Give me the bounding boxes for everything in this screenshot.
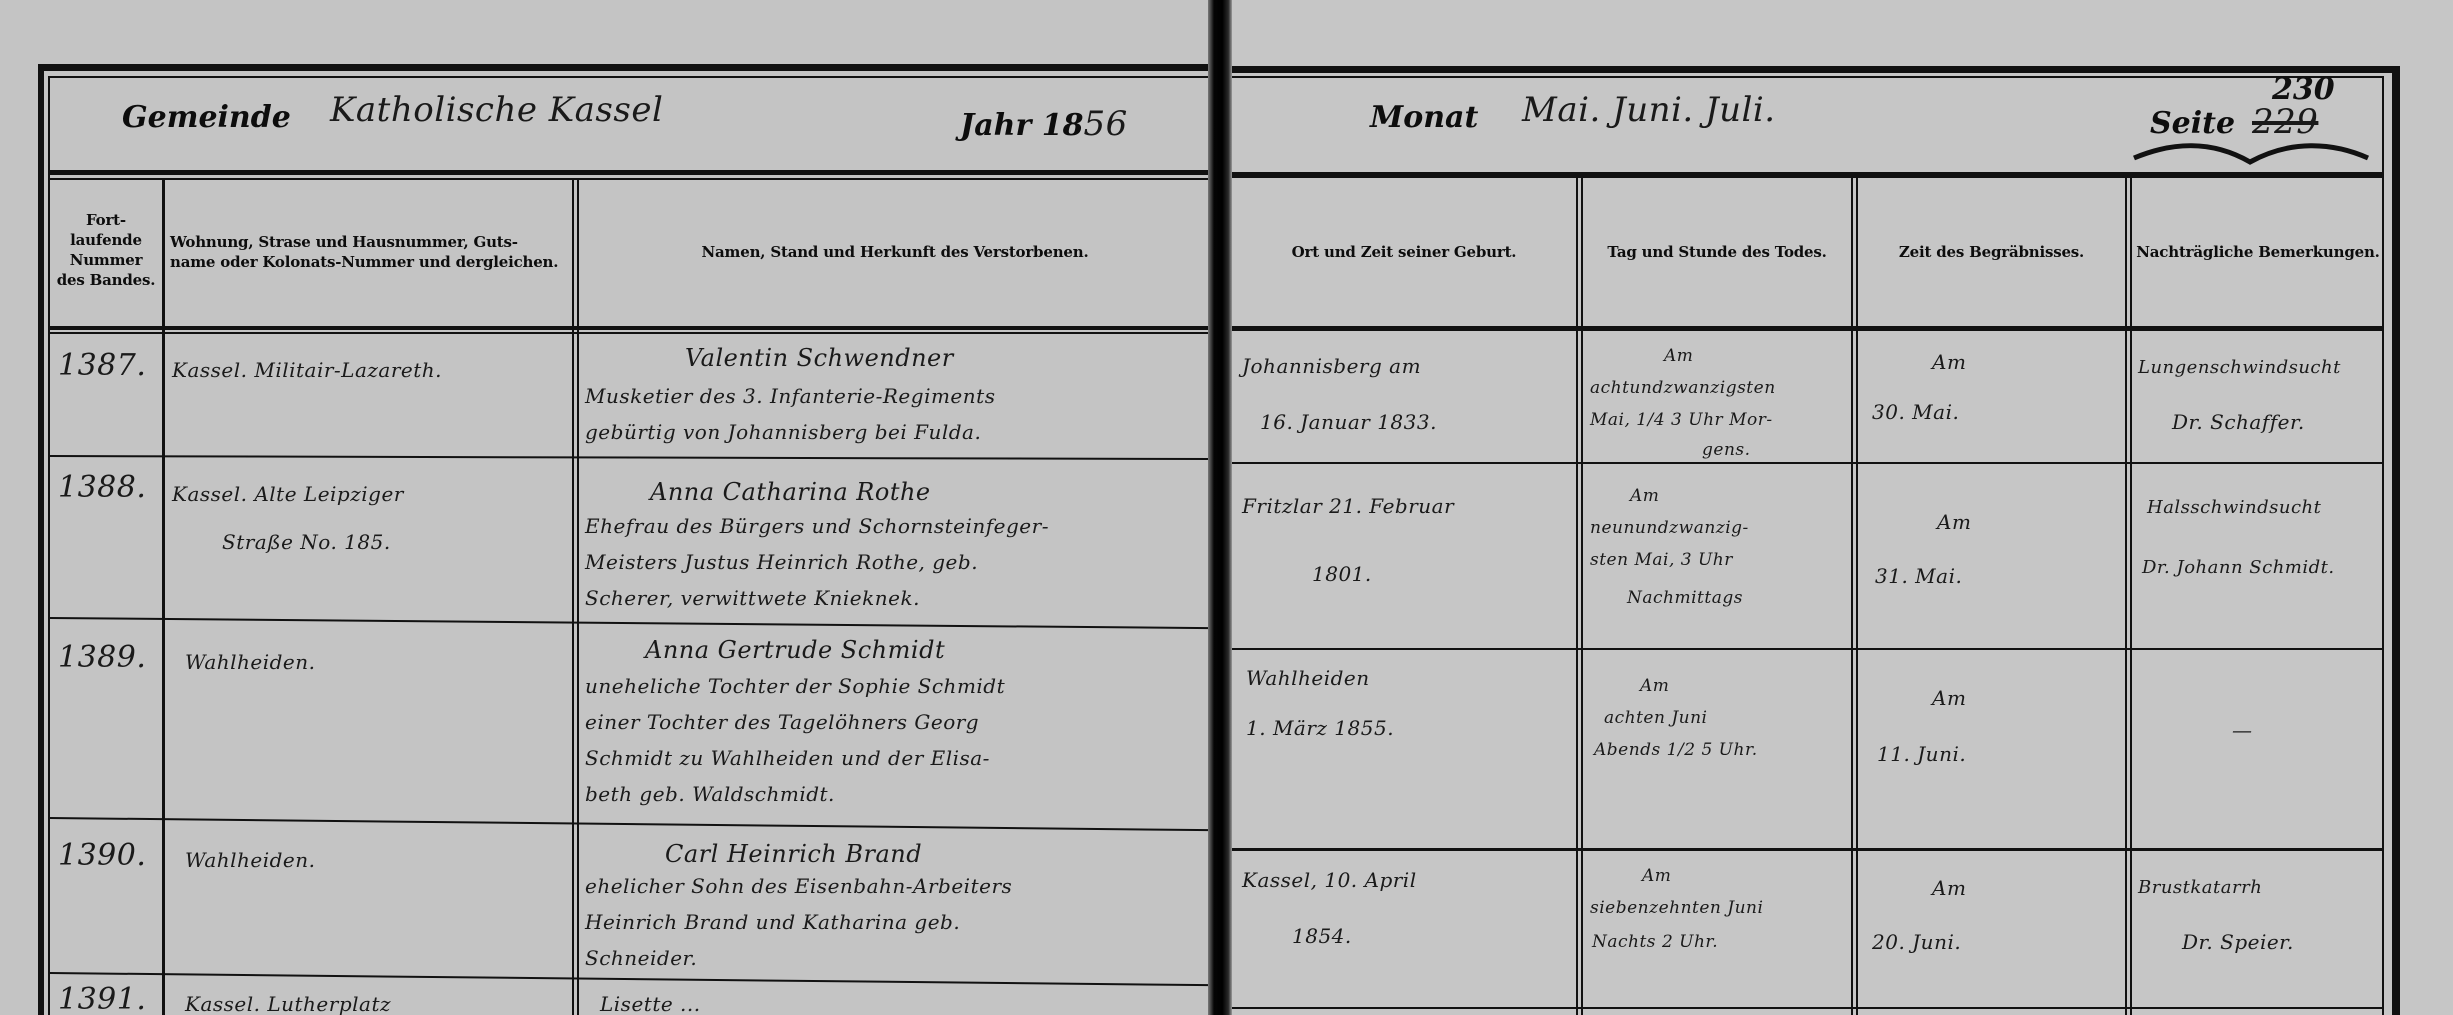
row-divider-right-1387 bbox=[1232, 462, 2384, 464]
col-divider-3b bbox=[1581, 178, 1583, 1015]
row-1388-stand-2: Meisters Justus Heinrich Rothe, geb. bbox=[585, 544, 978, 580]
seite-label: Seite bbox=[2150, 106, 2235, 141]
row-1390-stand-2: Heinrich Brand und Katharina geb. bbox=[585, 904, 960, 940]
row-1388-bemerkungen-1: Halsschwindsucht bbox=[2147, 490, 2321, 526]
row-1388-name: Anna Catharina Rothe bbox=[650, 474, 931, 510]
jahr-value: 56 bbox=[1083, 104, 1127, 144]
col-divider-3a bbox=[1576, 178, 1578, 1015]
row-divider-right-1388 bbox=[1232, 648, 2384, 650]
row-divider-right-1389 bbox=[1232, 848, 2384, 851]
frame-top-inner-left bbox=[48, 76, 1210, 78]
row-divider-1388 bbox=[50, 617, 1210, 629]
row-1388-geburt-2: 1801. bbox=[1312, 556, 1372, 592]
row-1389-begraebnis-2: 11. Juni. bbox=[1877, 736, 1966, 772]
row-1387-stand-1: Musketier des 3. Infanterie-Regiments bbox=[585, 378, 995, 414]
seite-value: 230 bbox=[2272, 72, 2335, 107]
row-1389-stand-4: beth geb. Waldschmidt. bbox=[585, 776, 835, 812]
gemeinde-value: Katholische Kassel bbox=[330, 92, 663, 128]
monat-label: Monat bbox=[1370, 100, 1478, 135]
row-1390-tod-3: Nachts 2 Uhr. bbox=[1592, 924, 1718, 960]
row-1388-tod-3: sten Mai, 3 Uhr bbox=[1590, 542, 1733, 578]
row-1388-stand-3: Scherer, verwittwete Knieknek. bbox=[585, 580, 920, 616]
row-1388-tod-4: Nachmittags bbox=[1627, 580, 1743, 616]
col-divider-1 bbox=[162, 178, 165, 1015]
row-1388-nummer: 1388. bbox=[58, 470, 146, 506]
jahr-label: Jahr 1856 bbox=[960, 106, 1128, 143]
row-1390-name: Carl Heinrich Brand bbox=[665, 836, 922, 872]
col-divider-4a bbox=[1851, 178, 1853, 1015]
frame-top-left bbox=[38, 64, 1210, 71]
row-1387-geburt-2: 16. Januar 1833. bbox=[1260, 404, 1437, 440]
col-divider-2a bbox=[572, 178, 574, 1015]
col-header-bemerkungen: Nachträgliche Bemerkungen. bbox=[2133, 242, 2383, 262]
seite-struck-value: 229 bbox=[2252, 104, 2318, 140]
row-1387-geburt-1: Johannisberg am bbox=[1242, 348, 1421, 384]
row-1391-nummer: 1391. bbox=[58, 982, 146, 1015]
row-1390-tod-1: Am bbox=[1642, 858, 1671, 894]
row-1388-wohnung-2: Straße No. 185. bbox=[222, 524, 391, 560]
col-divider-5a bbox=[2125, 178, 2127, 1015]
row-1389-stand-3: Schmidt zu Wahlheiden und der Elisa- bbox=[585, 740, 990, 776]
gemeinde-label: Gemeinde bbox=[122, 100, 291, 135]
col-header-wohnung: Wohnung, Strase und Hausnummer, Guts- na… bbox=[170, 232, 570, 272]
left-page: Gemeinde Katholische Kassel Jahr 1856 Fo… bbox=[0, 0, 1210, 1015]
row-1389-name: Anna Gertrude Schmidt bbox=[645, 632, 945, 668]
row-1387-wohnung: Kassel. Militair-Lazareth. bbox=[172, 352, 442, 388]
col-divider-2b bbox=[577, 178, 579, 1015]
row-1387-nummer: 1387. bbox=[58, 348, 146, 384]
row-1390-begraebnis-1: Am bbox=[1932, 870, 1966, 906]
row-1387-begraebnis-2: 30. Mai. bbox=[1872, 394, 1959, 430]
row-1389-stand-2: einer Tochter des Tagelöhners Georg bbox=[585, 704, 979, 740]
jahr-label-text: Jahr 18 bbox=[960, 108, 1083, 143]
column-header-divider-thin bbox=[50, 332, 1210, 334]
header-divider-thin bbox=[50, 178, 1210, 180]
right-page: Monat Mai. Juni. Juli. Seite 229 230 Ort… bbox=[1232, 0, 2453, 1015]
row-1388-begraebnis-1: Am bbox=[1937, 504, 1971, 540]
book-gutter bbox=[1208, 0, 1232, 1015]
row-1389-wohnung: Wahlheiden. bbox=[185, 644, 316, 680]
row-1387-bemerkungen-1: Lungenschwindsucht bbox=[2138, 350, 2341, 386]
col-divider-4b bbox=[1856, 178, 1858, 1015]
row-1387-tod-4: gens. bbox=[1702, 432, 1751, 468]
row-1390-nummer: 1390. bbox=[58, 838, 146, 874]
row-1390-begraebnis-2: 20. Juni. bbox=[1872, 924, 1961, 960]
column-header-divider bbox=[50, 326, 1210, 330]
frame-left-outer bbox=[38, 64, 44, 1015]
row-1389-tod-2: achten Juni bbox=[1604, 700, 1708, 736]
col-divider-5b bbox=[2130, 178, 2132, 1015]
row-1387-bemerkungen-2: Dr. Schaffer. bbox=[2172, 404, 2305, 440]
row-1388-stand-1: Ehefrau des Bürgers und Schornsteinfeger… bbox=[585, 508, 1049, 544]
row-1389-begraebnis-1: Am bbox=[1932, 680, 1966, 716]
row-1389-stand-1: uneheliche Tochter der Sophie Schmidt bbox=[585, 668, 1005, 704]
row-1390-bemerkungen-1: Brustkatarrh bbox=[2138, 870, 2262, 906]
row-1387-stand-2: gebürtig von Johannisberg bei Fulda. bbox=[585, 414, 981, 450]
row-1389-tod-1: Am bbox=[1640, 668, 1669, 704]
col-header-nummer: Fort- laufende Nummer des Bandes. bbox=[52, 210, 160, 290]
row-1390-geburt-1: Kassel, 10. April bbox=[1242, 862, 1417, 898]
frame-top-right bbox=[1232, 66, 2400, 73]
row-1387-tod-2: achtundzwanzigsten bbox=[1590, 370, 1776, 406]
row-1389-nummer: 1389. bbox=[58, 640, 146, 676]
row-1389-geburt-1: Wahlheiden bbox=[1246, 660, 1370, 696]
col-header-begraebnis: Zeit des Begräbnisses. bbox=[1859, 242, 2124, 262]
row-1389-tod-3: Abends 1/2 5 Uhr. bbox=[1594, 732, 1758, 768]
row-1391-wohnung: Kassel. Lutherplatz bbox=[185, 986, 391, 1015]
col-header-namen: Namen, Stand und Herkunft des Verstorben… bbox=[580, 242, 1210, 262]
row-1388-tod-1: Am bbox=[1630, 478, 1659, 514]
row-1390-stand-1: ehelicher Sohn des Eisenbahn-Arbeiters bbox=[585, 868, 1012, 904]
frame-right-inner bbox=[2382, 76, 2384, 1015]
monat-value: Mai. Juni. Juli. bbox=[1522, 92, 1776, 128]
row-1388-geburt-1: Fritzlar 21. Februar bbox=[1242, 488, 1454, 524]
row-1390-geburt-2: 1854. bbox=[1292, 918, 1352, 954]
row-1388-tod-2: neunundzwanzig- bbox=[1590, 510, 1749, 546]
row-1387-begraebnis-1: Am bbox=[1932, 344, 1966, 380]
row-1388-wohnung-1: Kassel. Alte Leipziger bbox=[172, 476, 404, 512]
row-1388-begraebnis-2: 31. Mai. bbox=[1875, 558, 1962, 594]
row-1387-tod-1: Am bbox=[1664, 338, 1693, 374]
row-1390-tod-2: siebenzehnten Juni bbox=[1590, 890, 1763, 926]
col-header-tod: Tag und Stunde des Todes. bbox=[1584, 242, 1850, 262]
seite-flourish bbox=[2132, 140, 2372, 170]
row-1388-bemerkungen-2: Dr. Johann Schmidt. bbox=[2142, 550, 2335, 586]
row-1389-geburt-2: 1. März 1855. bbox=[1246, 710, 1394, 746]
row-1390-stand-3: Schneider. bbox=[585, 940, 697, 976]
row-divider-right-1390 bbox=[1232, 1007, 2384, 1009]
frame-left-inner bbox=[48, 76, 50, 1015]
column-header-divider-right bbox=[1232, 326, 2384, 331]
col-header-geburt: Ort und Zeit seiner Geburt. bbox=[1232, 242, 1576, 262]
row-divider-1389 bbox=[50, 817, 1210, 831]
register-scan: Gemeinde Katholische Kassel Jahr 1856 Fo… bbox=[0, 0, 2453, 1015]
header-divider bbox=[50, 170, 1210, 175]
frame-right-outer bbox=[2392, 66, 2400, 1015]
frame-top-inner-right bbox=[1232, 76, 2384, 78]
row-divider-1387 bbox=[50, 455, 1210, 460]
row-1389-bemerkungen: — bbox=[2232, 712, 2253, 748]
row-1390-wohnung: Wahlheiden. bbox=[185, 842, 316, 878]
row-1387-name: Valentin Schwendner bbox=[685, 340, 954, 376]
row-1391-name: Lisette ... bbox=[600, 986, 701, 1015]
header-divider-right bbox=[1232, 172, 2384, 178]
row-1390-bemerkungen-2: Dr. Speier. bbox=[2182, 924, 2294, 960]
